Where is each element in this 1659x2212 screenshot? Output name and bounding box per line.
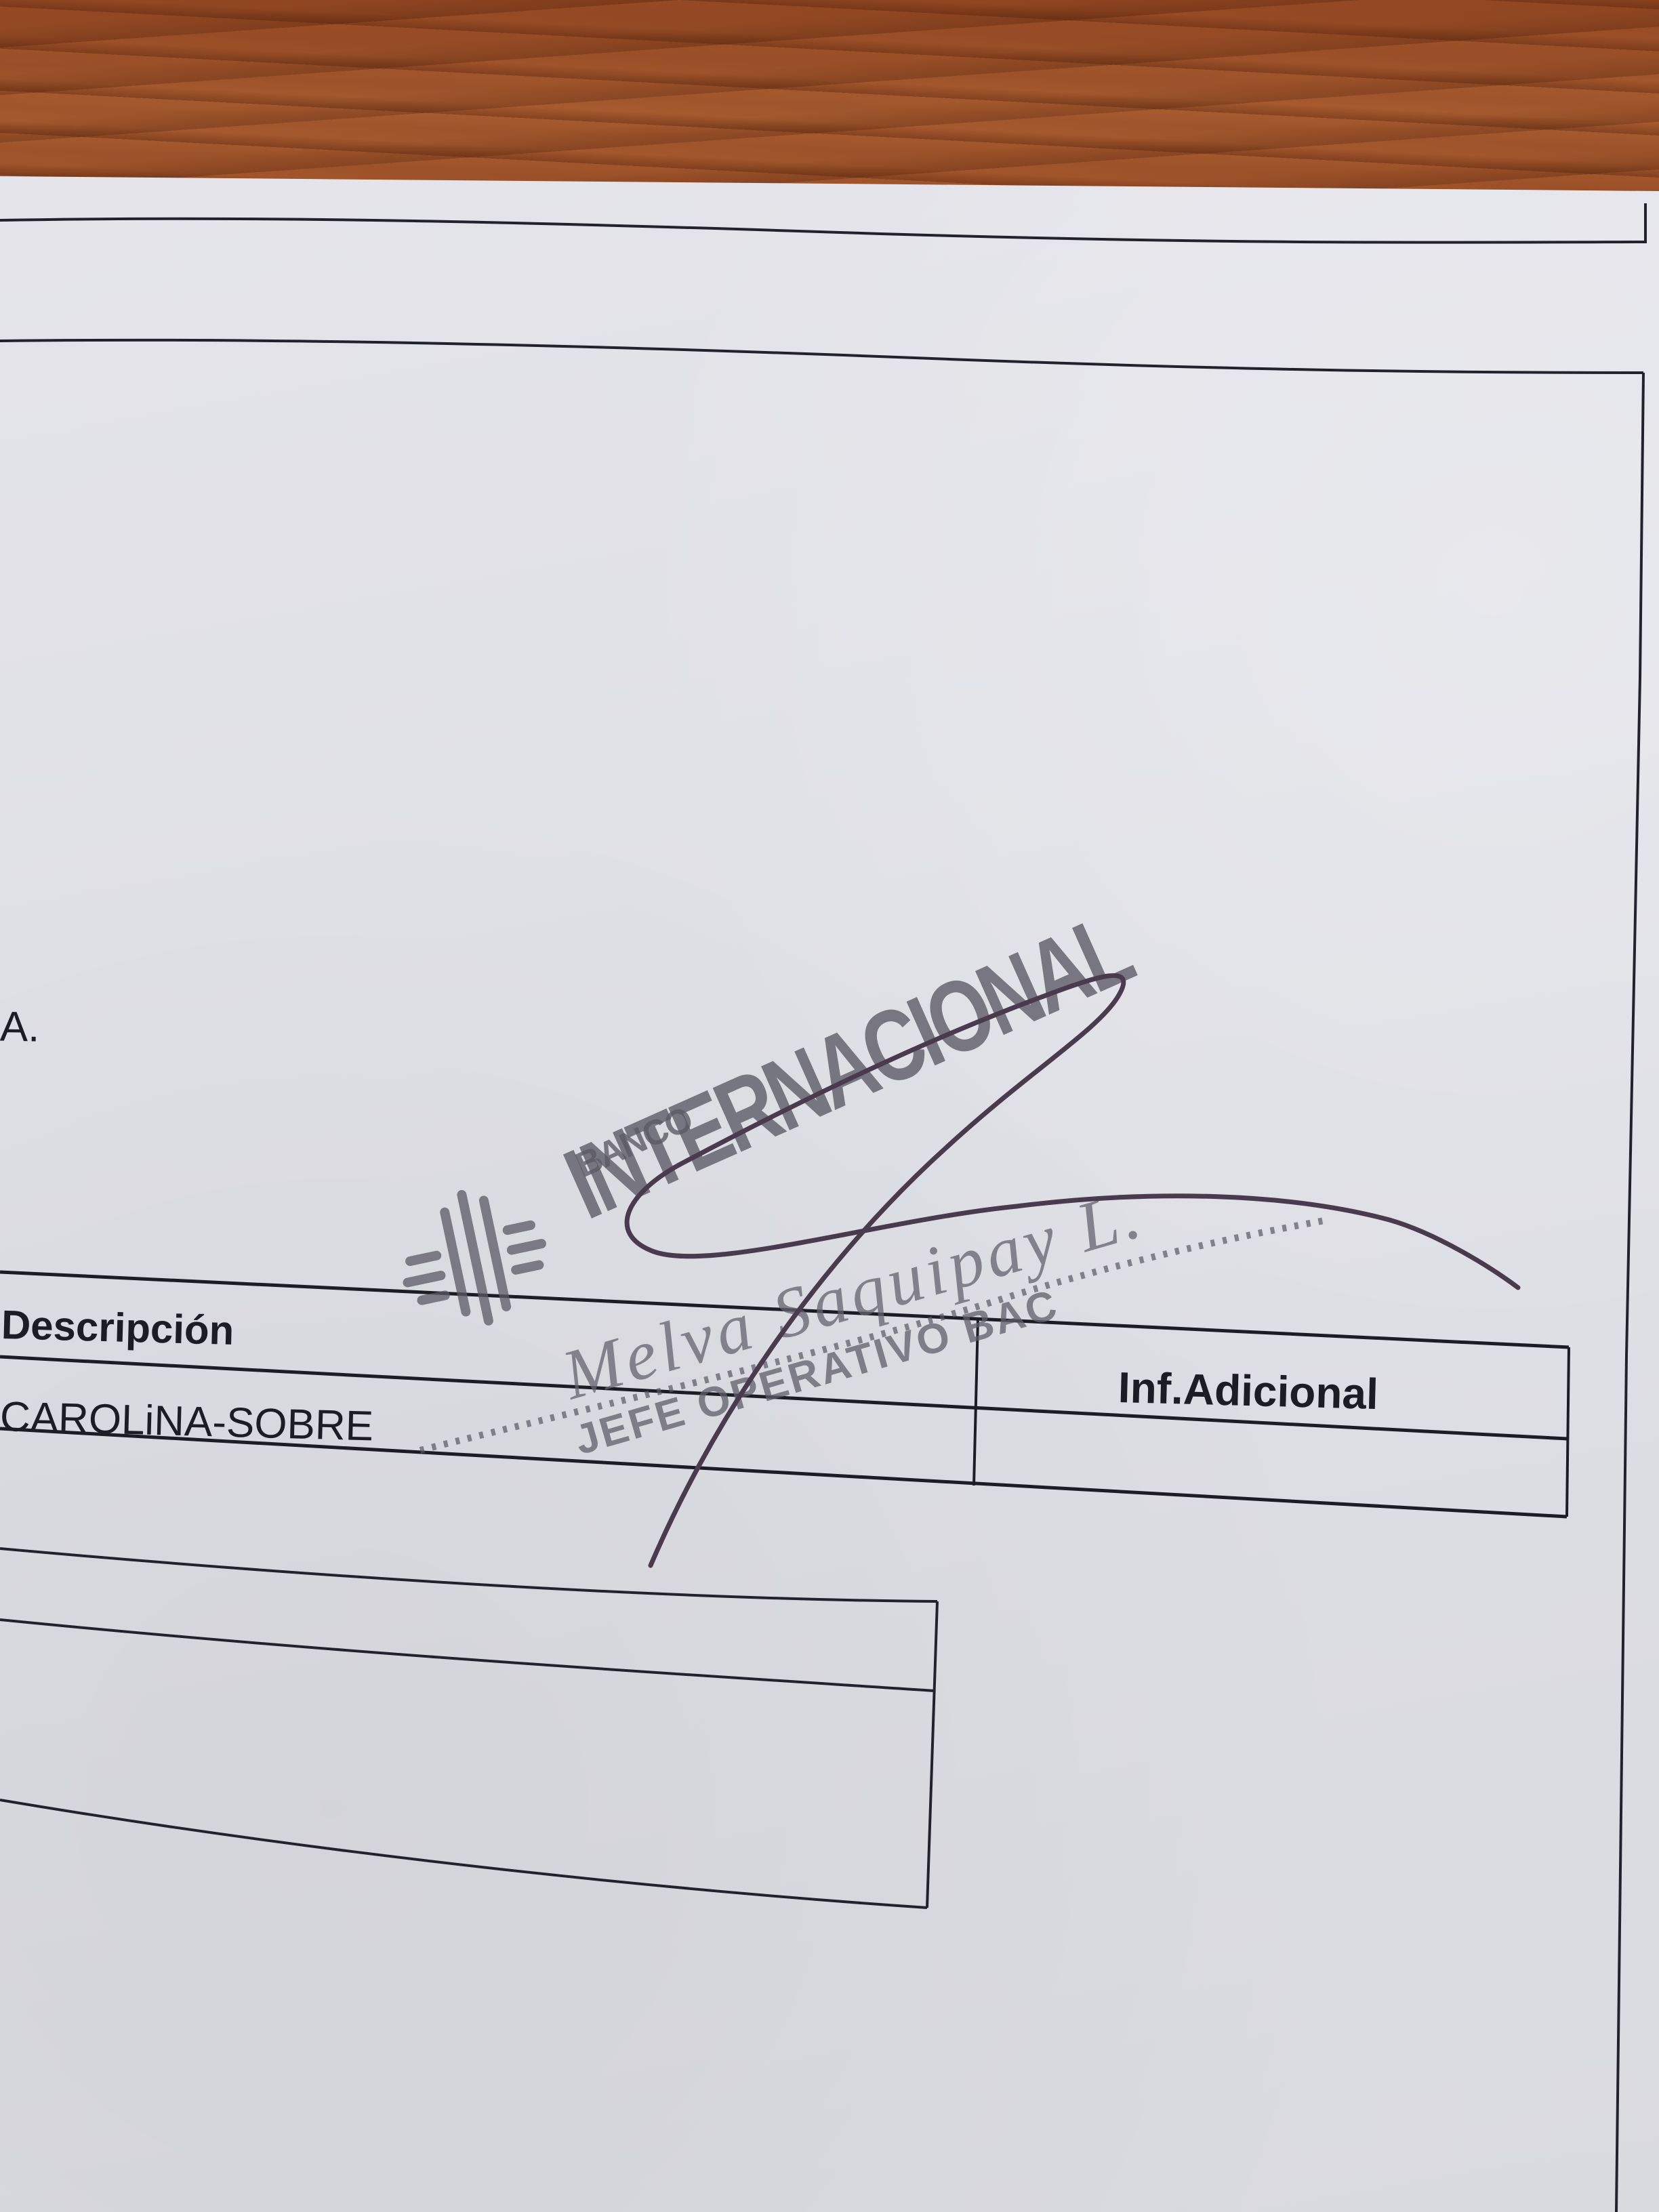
handwritten-signature — [0, 0, 1659, 2212]
